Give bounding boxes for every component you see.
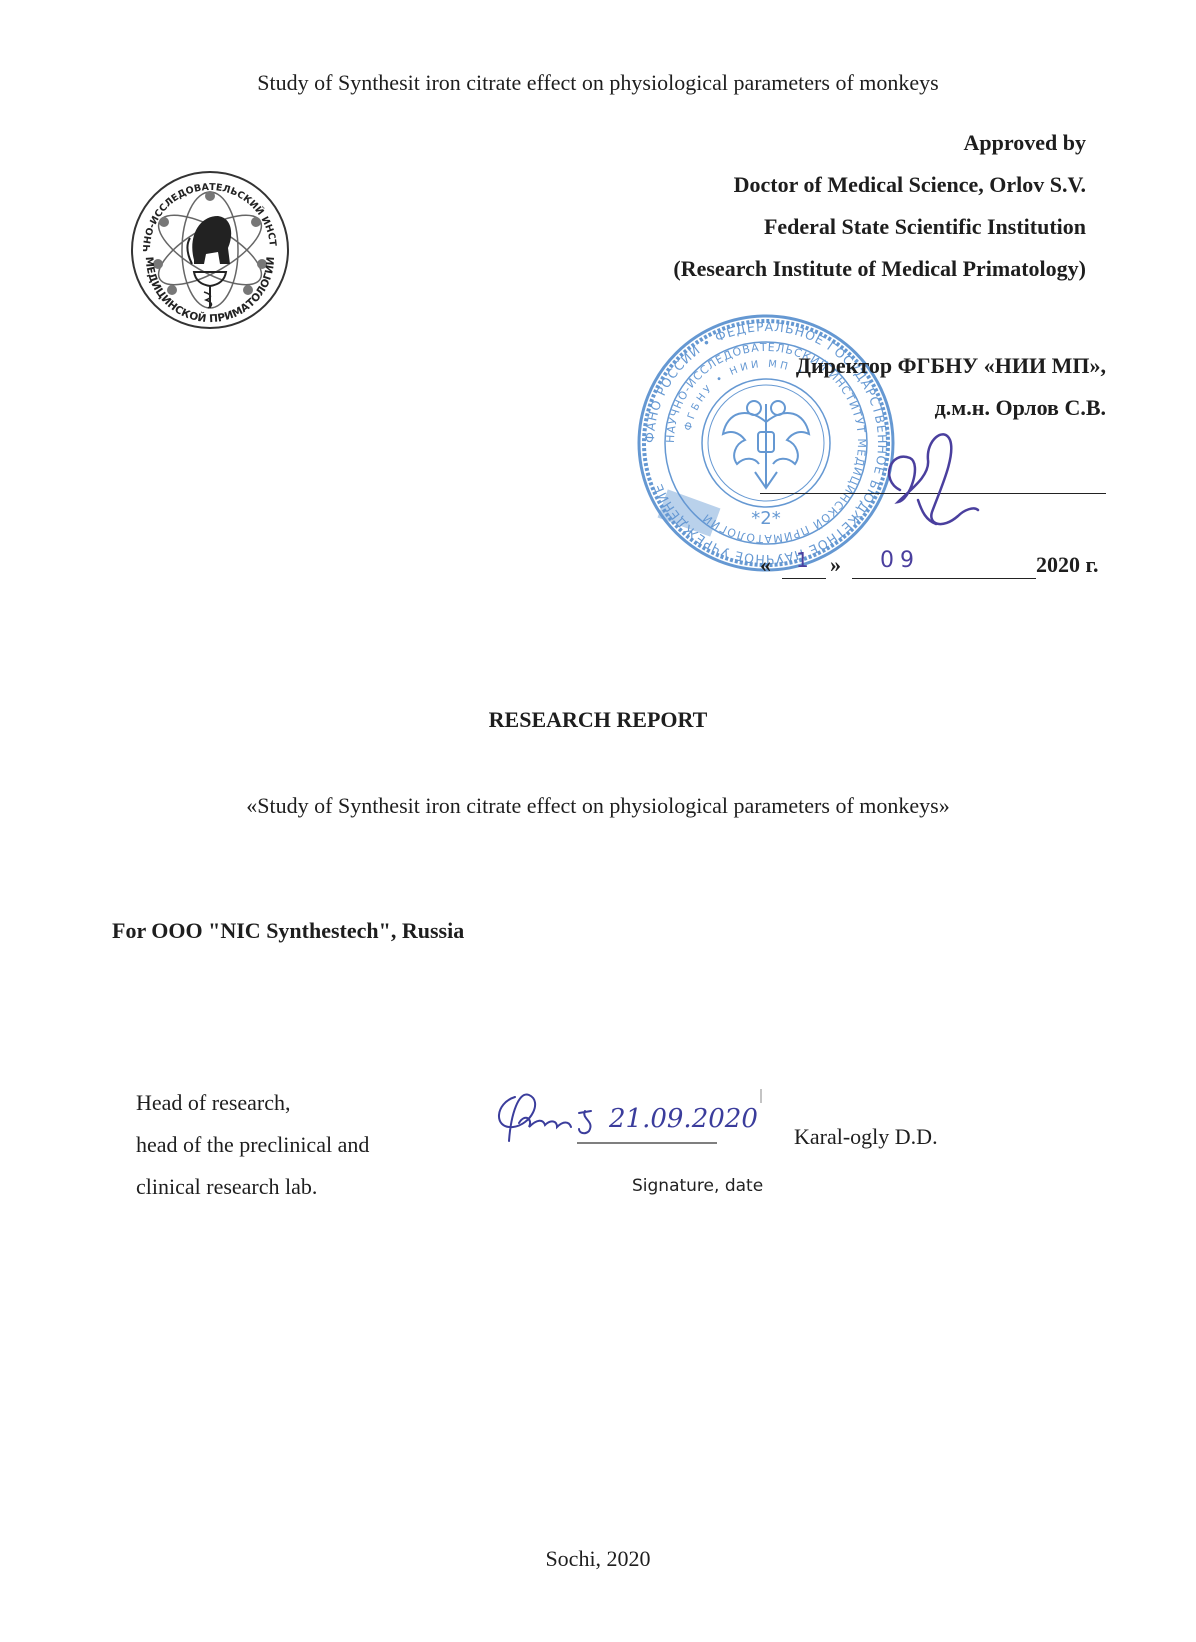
report-heading: RESEARCH REPORT (0, 707, 1196, 733)
director-title: Директор ФГБНУ «НИИ МП», (796, 345, 1106, 387)
date-close-quote: » (830, 552, 841, 578)
client-line: For OOO "NIC Synthestech", Russia (112, 918, 464, 944)
approval-line: Doctor of Medical Science, Orlov S.V. (673, 164, 1086, 206)
approval-block: Approved by Doctor of Medical Science, O… (673, 122, 1086, 290)
day-underline (782, 578, 826, 579)
head-signature-icon: 21.09.2020 (485, 1083, 765, 1155)
date-open-quote: « (760, 552, 771, 578)
signature-caption: Signature, date (632, 1176, 763, 1196)
head-name: Karal-ogly D.D. (794, 1124, 938, 1150)
head-role-line: head of the preclinical and (136, 1124, 369, 1166)
date-month: 09 (880, 548, 920, 573)
month-underline (852, 578, 1036, 579)
approval-line: Federal State Scientific Institution (673, 206, 1086, 248)
head-of-research-block: Head of research, head of the preclinica… (136, 1082, 369, 1208)
director-signature-icon (870, 420, 980, 540)
approval-line: (Research Institute of Medical Primatolo… (673, 248, 1086, 290)
header-title: Study of Synthesit iron citrate effect o… (0, 70, 1196, 96)
head-role-line: clinical research lab. (136, 1166, 369, 1208)
date-day: 1 (796, 548, 809, 572)
approval-line: Approved by (673, 122, 1086, 164)
approval-date: « 1 » 09 2020 г. (760, 552, 1106, 582)
russian-approval-block: Директор ФГБНУ «НИИ МП», д.м.н. Орлов С.… (796, 345, 1106, 429)
institute-logo-icon: НАУЧНО-ИССЛЕДОВАТЕЛЬСКИЙ ИНСТИТУТ МЕДИЦИ… (128, 168, 292, 332)
svg-text:*2*: *2* (751, 508, 780, 529)
report-subtitle: «Study of Synthesit iron citrate effect … (0, 793, 1196, 819)
svg-text:21.09.2020: 21.09.2020 (608, 1104, 758, 1134)
head-role-line: Head of research, (136, 1082, 369, 1124)
place-date: Sochi, 2020 (0, 1546, 1196, 1572)
date-year: 2020 г. (1036, 552, 1099, 578)
